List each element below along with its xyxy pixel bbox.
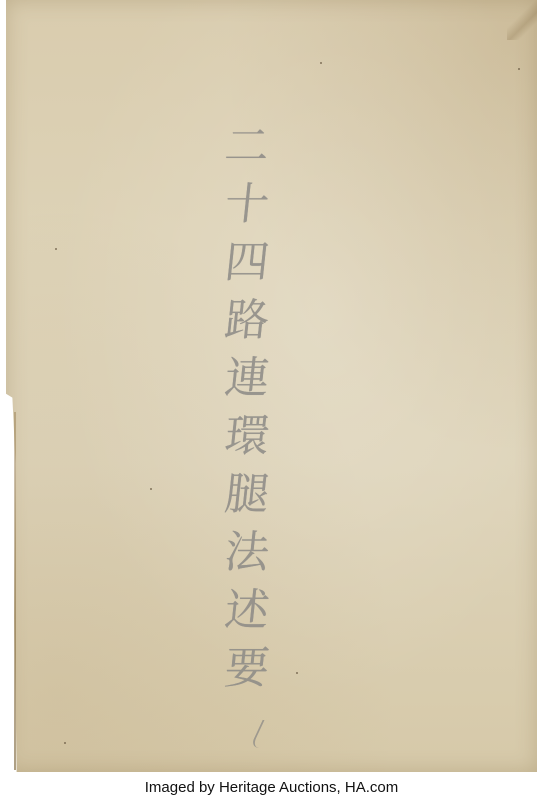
title-char: 述 — [222, 582, 272, 640]
torn-left-edge — [14, 412, 16, 770]
title-char: 法 — [222, 524, 272, 582]
title-char: 連 — [222, 350, 272, 408]
paper-speck — [320, 62, 322, 64]
paper-speck — [55, 248, 57, 250]
paper-speck — [64, 742, 66, 744]
title-char: 路 — [222, 292, 272, 350]
title-char: 十 — [222, 176, 272, 234]
title-char: 二 — [222, 118, 272, 176]
paper-speck — [150, 488, 152, 490]
handwritten-title: 二 十 四 路 連 環 腿 法 述 要 — [212, 118, 282, 698]
title-char: 要 — [222, 640, 272, 698]
title-char: 腿 — [222, 466, 272, 524]
title-char: 環 — [222, 408, 272, 466]
paper-speck — [296, 672, 298, 674]
image-credit: Imaged by Heritage Auctions, HA.com — [0, 776, 543, 800]
folded-corner — [507, 0, 537, 40]
title-char: 四 — [222, 234, 272, 292]
paper-speck — [518, 68, 520, 70]
